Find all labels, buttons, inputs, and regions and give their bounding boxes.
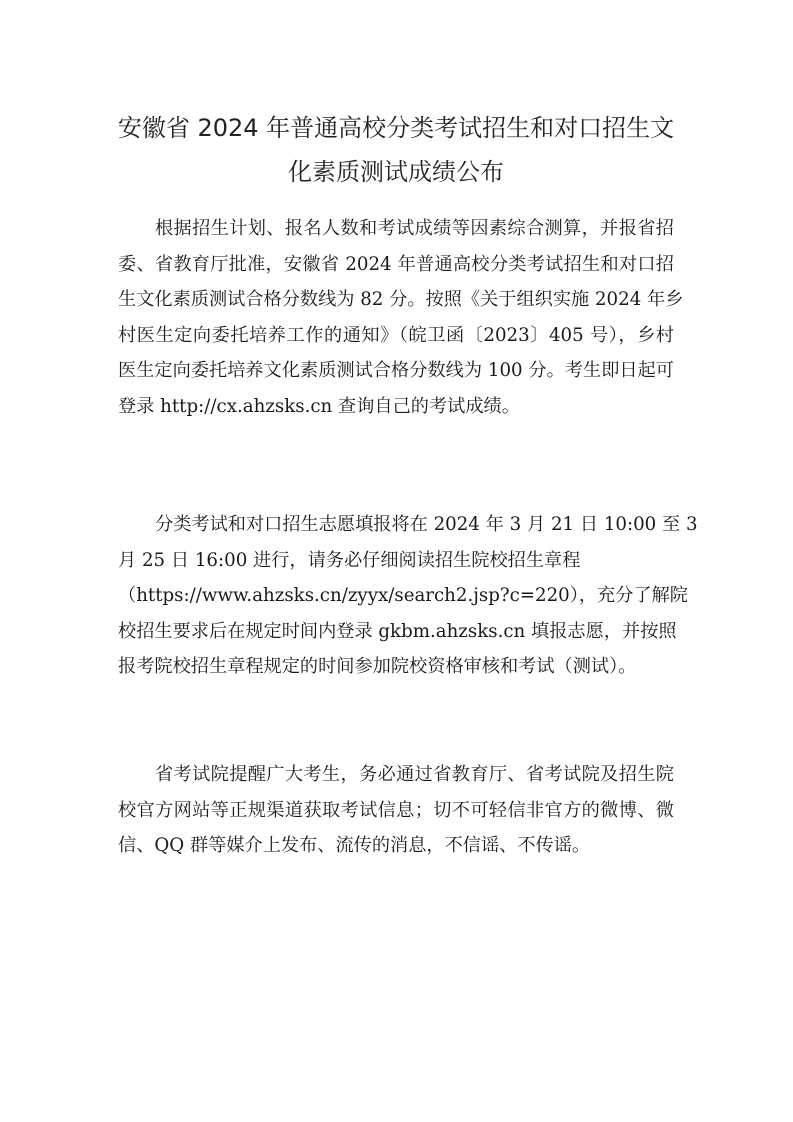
paragraph-line: 分类考试和对口招生志愿填报将在 2024 年 3 月 21 日 10:00 至 … — [118, 507, 674, 543]
title-line-1: 安徽省 2024 年普通高校分类考试招生和对口招生文 — [108, 106, 684, 150]
paragraph-line: 省考试院提醒广大考生，务必通过省教育厅、省考试院及招生院 — [118, 757, 674, 793]
paragraph-line: 村医生定向委托培养工作的通知》（皖卫函〔2023〕405 号），乡村 — [118, 318, 674, 354]
paragraph-line-with-application-link: 校招生要求后在规定时间内登录 gkbm.ahzsks.cn 填报志愿，并按照 — [118, 614, 674, 650]
paragraph-passing-scores: 根据招生计划、报名人数和考试成绩等因素综合测算，并报省招 委、省教育厅批准，安徽… — [118, 211, 674, 424]
paragraph-application-schedule: 分类考试和对口招生志愿填报将在 2024 年 3 月 21 日 10:00 至 … — [118, 507, 674, 685]
paragraph-line: 根据招生计划、报名人数和考试成绩等因素综合测算，并报省招 — [118, 211, 674, 247]
paragraph-official-channels-reminder: 省考试院提醒广大考生，务必通过省教育厅、省考试院及招生院 校官方网站等正规渠道获… — [118, 757, 674, 864]
paragraph-line: 委、省教育厅批准，安徽省 2024 年普通高校分类考试招生和对口招 — [118, 247, 674, 283]
paragraph-line: 信、QQ 群等媒介上发布、流传的消息，不信谣、不传谣。 — [118, 828, 674, 864]
paragraph-line: 生文化素质测试合格分数线为 82 分。按照《关于组织实施 2024 年乡 — [118, 282, 674, 318]
title-line-2: 化素质测试成绩公布 — [108, 150, 684, 194]
paragraph-line-with-rules-link: （https://www.ahzsks.cn/zyyx/search2.jsp?… — [118, 578, 674, 614]
document-title: 安徽省 2024 年普通高校分类考试招生和对口招生文 化素质测试成绩公布 — [108, 106, 684, 194]
paragraph-line-with-query-link: 登录 http://cx.ahzsks.cn 查询自己的考试成绩。 — [118, 389, 674, 425]
paragraph-line: 月 25 日 16:00 进行，请务必仔细阅读招生院校招生章程 — [118, 543, 674, 579]
paragraph-line: 报考院校招生章程规定的时间参加院校资格审核和考试（测试）。 — [118, 649, 674, 685]
paragraph-line: 医生定向委托培养文化素质测试合格分数线为 100 分。考生即日起可 — [118, 353, 674, 389]
paragraph-line: 校官方网站等正规渠道获取考试信息；切不可轻信非官方的微博、微 — [118, 793, 674, 829]
